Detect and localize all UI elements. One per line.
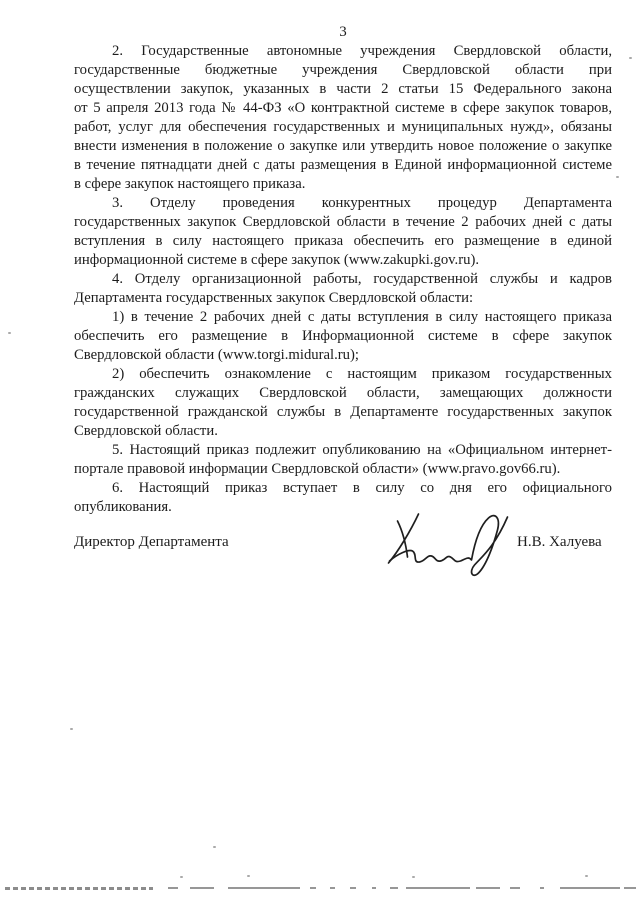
text-line: портале правовой информации Свердловской…: [74, 460, 612, 479]
paragraph: 2) обеспечить ознакомление с настоящим п…: [74, 365, 612, 441]
text-line: гражданских служащих Свердловской област…: [74, 384, 612, 403]
text-line: от 5 апреля 2013 года № 44-ФЗ «О контрак…: [74, 99, 612, 118]
scan-speck: [247, 875, 250, 877]
paragraph: 4. Отделу организационной работы, госуда…: [74, 270, 612, 308]
signatory-name: Н.В. Халуева: [517, 533, 602, 552]
text-line: осуществлении закупок, указанных в части…: [74, 80, 612, 99]
signature-block: Директор Департамента Н.В. Халуева: [74, 531, 612, 611]
paragraph: 1) в течение 2 рабочих дней с даты вступ…: [74, 308, 612, 365]
text-line: обеспечить его размещение в Информационн…: [74, 327, 612, 346]
text-line: вступления в силу настоящего приказа обе…: [74, 232, 612, 251]
scan-speck: [70, 728, 73, 730]
document-page: 3 2. Государственные автономные учрежден…: [0, 0, 640, 905]
scan-speck: [629, 57, 632, 59]
text-line: внести изменения в положение о закупке и…: [74, 137, 612, 156]
text-line: информационной системе в сфере закупок (…: [74, 251, 612, 270]
text-line: Свердловской области.: [74, 422, 612, 441]
paragraph: 3. Отделу проведения конкурентных процед…: [74, 194, 612, 270]
scan-speck: [8, 332, 11, 334]
text-line: 4. Отделу организационной работы, госуда…: [74, 270, 612, 289]
scan-speck: [412, 876, 415, 878]
document-content: 3 2. Государственные автономные учрежден…: [74, 23, 612, 611]
text-line: 3. Отделу проведения конкурентных процед…: [74, 194, 612, 213]
page-number: 3: [74, 23, 612, 42]
text-line: государственных закупок Свердловской обл…: [74, 213, 612, 232]
text-line: Свердловской области (www.torgi.midural.…: [74, 346, 612, 365]
paragraph: 5. Настоящий приказ подлежит опубликован…: [74, 441, 612, 479]
scan-edge-artifact: [0, 887, 640, 890]
scan-speck: [180, 876, 183, 878]
paragraph: 2. Государственные автономные учреждения…: [74, 42, 612, 194]
text-line: Департамента государственных закупок Све…: [74, 289, 612, 308]
text-line: работ, услуг для обеспечения государстве…: [74, 118, 612, 137]
text-line: в течение пятнадцати дней с даты размеще…: [74, 156, 612, 175]
scan-speck: [213, 846, 216, 848]
text-line: 2. Государственные автономные учреждения…: [74, 42, 612, 61]
document-body: 2. Государственные автономные учреждения…: [74, 42, 612, 517]
text-line: 5. Настоящий приказ подлежит опубликован…: [74, 441, 612, 460]
scan-speck: [585, 875, 588, 877]
text-line: государственные бюджетные учреждения Све…: [74, 61, 612, 80]
text-line: опубликования.: [74, 498, 612, 517]
text-line: 6. Настоящий приказ вступает в силу со д…: [74, 479, 612, 498]
text-line: государственной гражданской службы в Деп…: [74, 403, 612, 422]
handwritten-signature-icon: [380, 507, 518, 585]
text-line: 1) в течение 2 рабочих дней с даты вступ…: [74, 308, 612, 327]
scan-speck: [616, 176, 619, 178]
text-line: 2) обеспечить ознакомление с настоящим п…: [74, 365, 612, 384]
text-line: в сфере закупок настоящего приказа.: [74, 175, 612, 194]
signatory-title: Директор Департамента: [74, 533, 229, 552]
paragraph: 6. Настоящий приказ вступает в силу со д…: [74, 479, 612, 517]
